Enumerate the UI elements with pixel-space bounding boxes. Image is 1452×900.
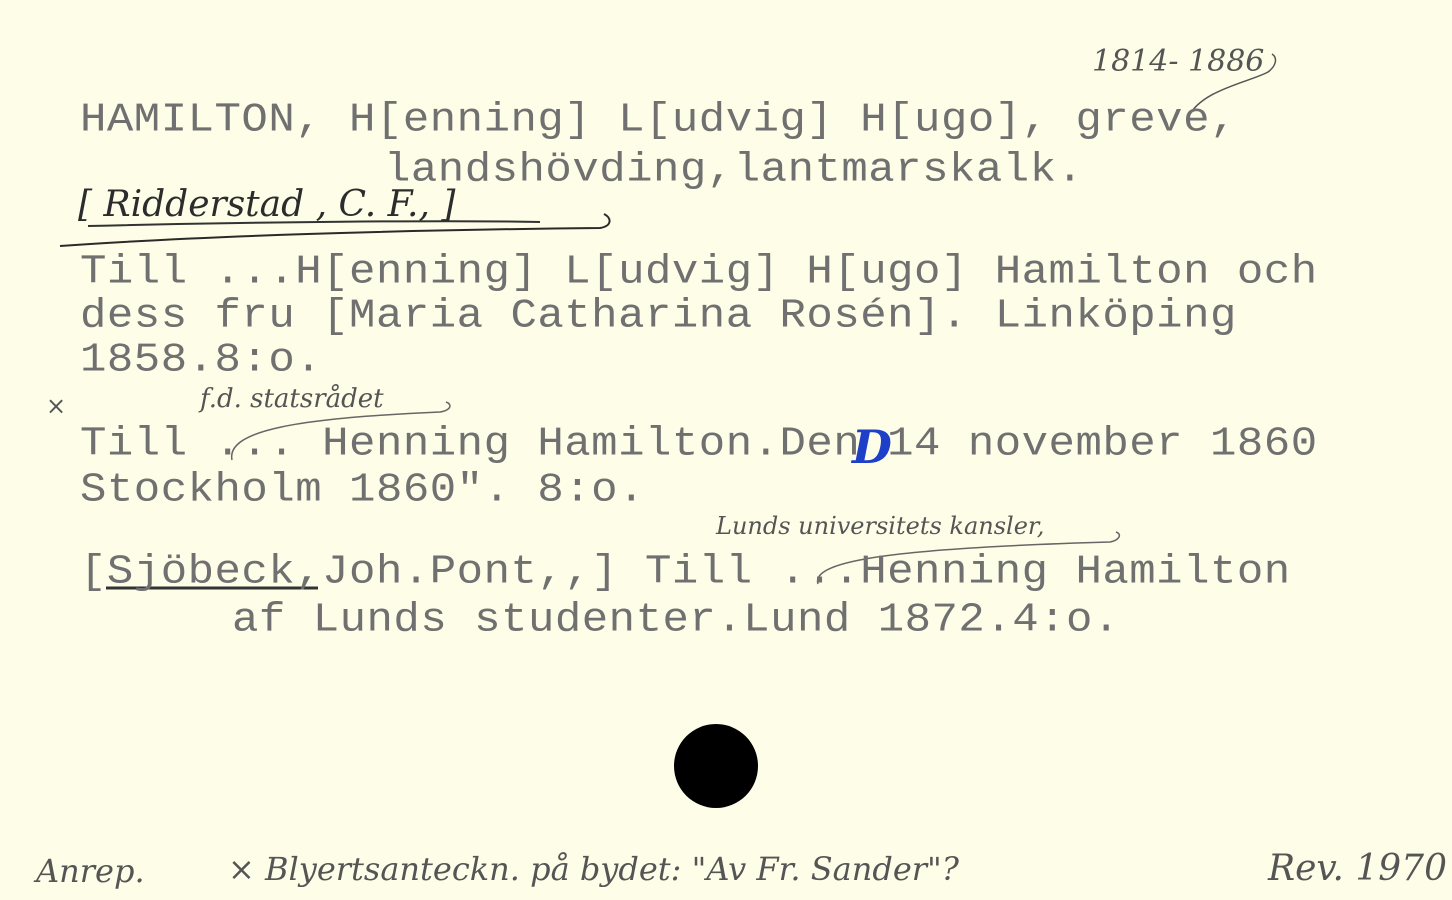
blue-correction-mark: D xyxy=(852,420,892,474)
entry-line: af Lunds studenter.Lund 1872.4:o. xyxy=(232,600,1120,640)
entry-line: Till ...H[enning] L[udvig] H[ugo] Hamilt… xyxy=(80,252,1318,292)
footer-middle-note: × Blyertsanteckn. på bydet: "Av Fr. Sand… xyxy=(228,850,959,888)
entry-line: Stockholm 1860". 8:o. xyxy=(80,470,645,510)
entry-line: dess fru [Maria Catharina Rosén]. Linköp… xyxy=(80,296,1237,336)
punch-hole xyxy=(674,724,758,808)
handwritten-insert: Lunds universitets kansler, xyxy=(716,512,1044,540)
handwritten-insert: f.d. statsrådet xyxy=(200,384,384,414)
entry-line: Till ... Henning Hamilton.Den 14 novembe… xyxy=(80,424,1318,464)
footer-revision-note: Rev. 1970 xyxy=(1268,848,1447,889)
footer-left-note: Anrep. xyxy=(36,852,145,890)
entry-line: 1858.8:o. xyxy=(80,340,349,380)
handwritten-author: [ Ridderstad , C. F., ] xyxy=(78,184,455,225)
cross-marker: × xyxy=(46,392,66,420)
life-dates: 1814- 1886 xyxy=(1092,44,1264,79)
entry-line: [Sjöbeck,Joh.Pont,,] Till ...Henning Ham… xyxy=(80,552,1291,592)
heading-name-line: HAMILTON, H[enning] L[udvig] H[ugo], gre… xyxy=(80,100,1237,140)
heading-titles-line: landshövding,lantmarskalk. xyxy=(384,150,1084,190)
catalog-card: 1814- 1886 HAMILTON, H[enning] L[udvig] … xyxy=(0,0,1452,900)
